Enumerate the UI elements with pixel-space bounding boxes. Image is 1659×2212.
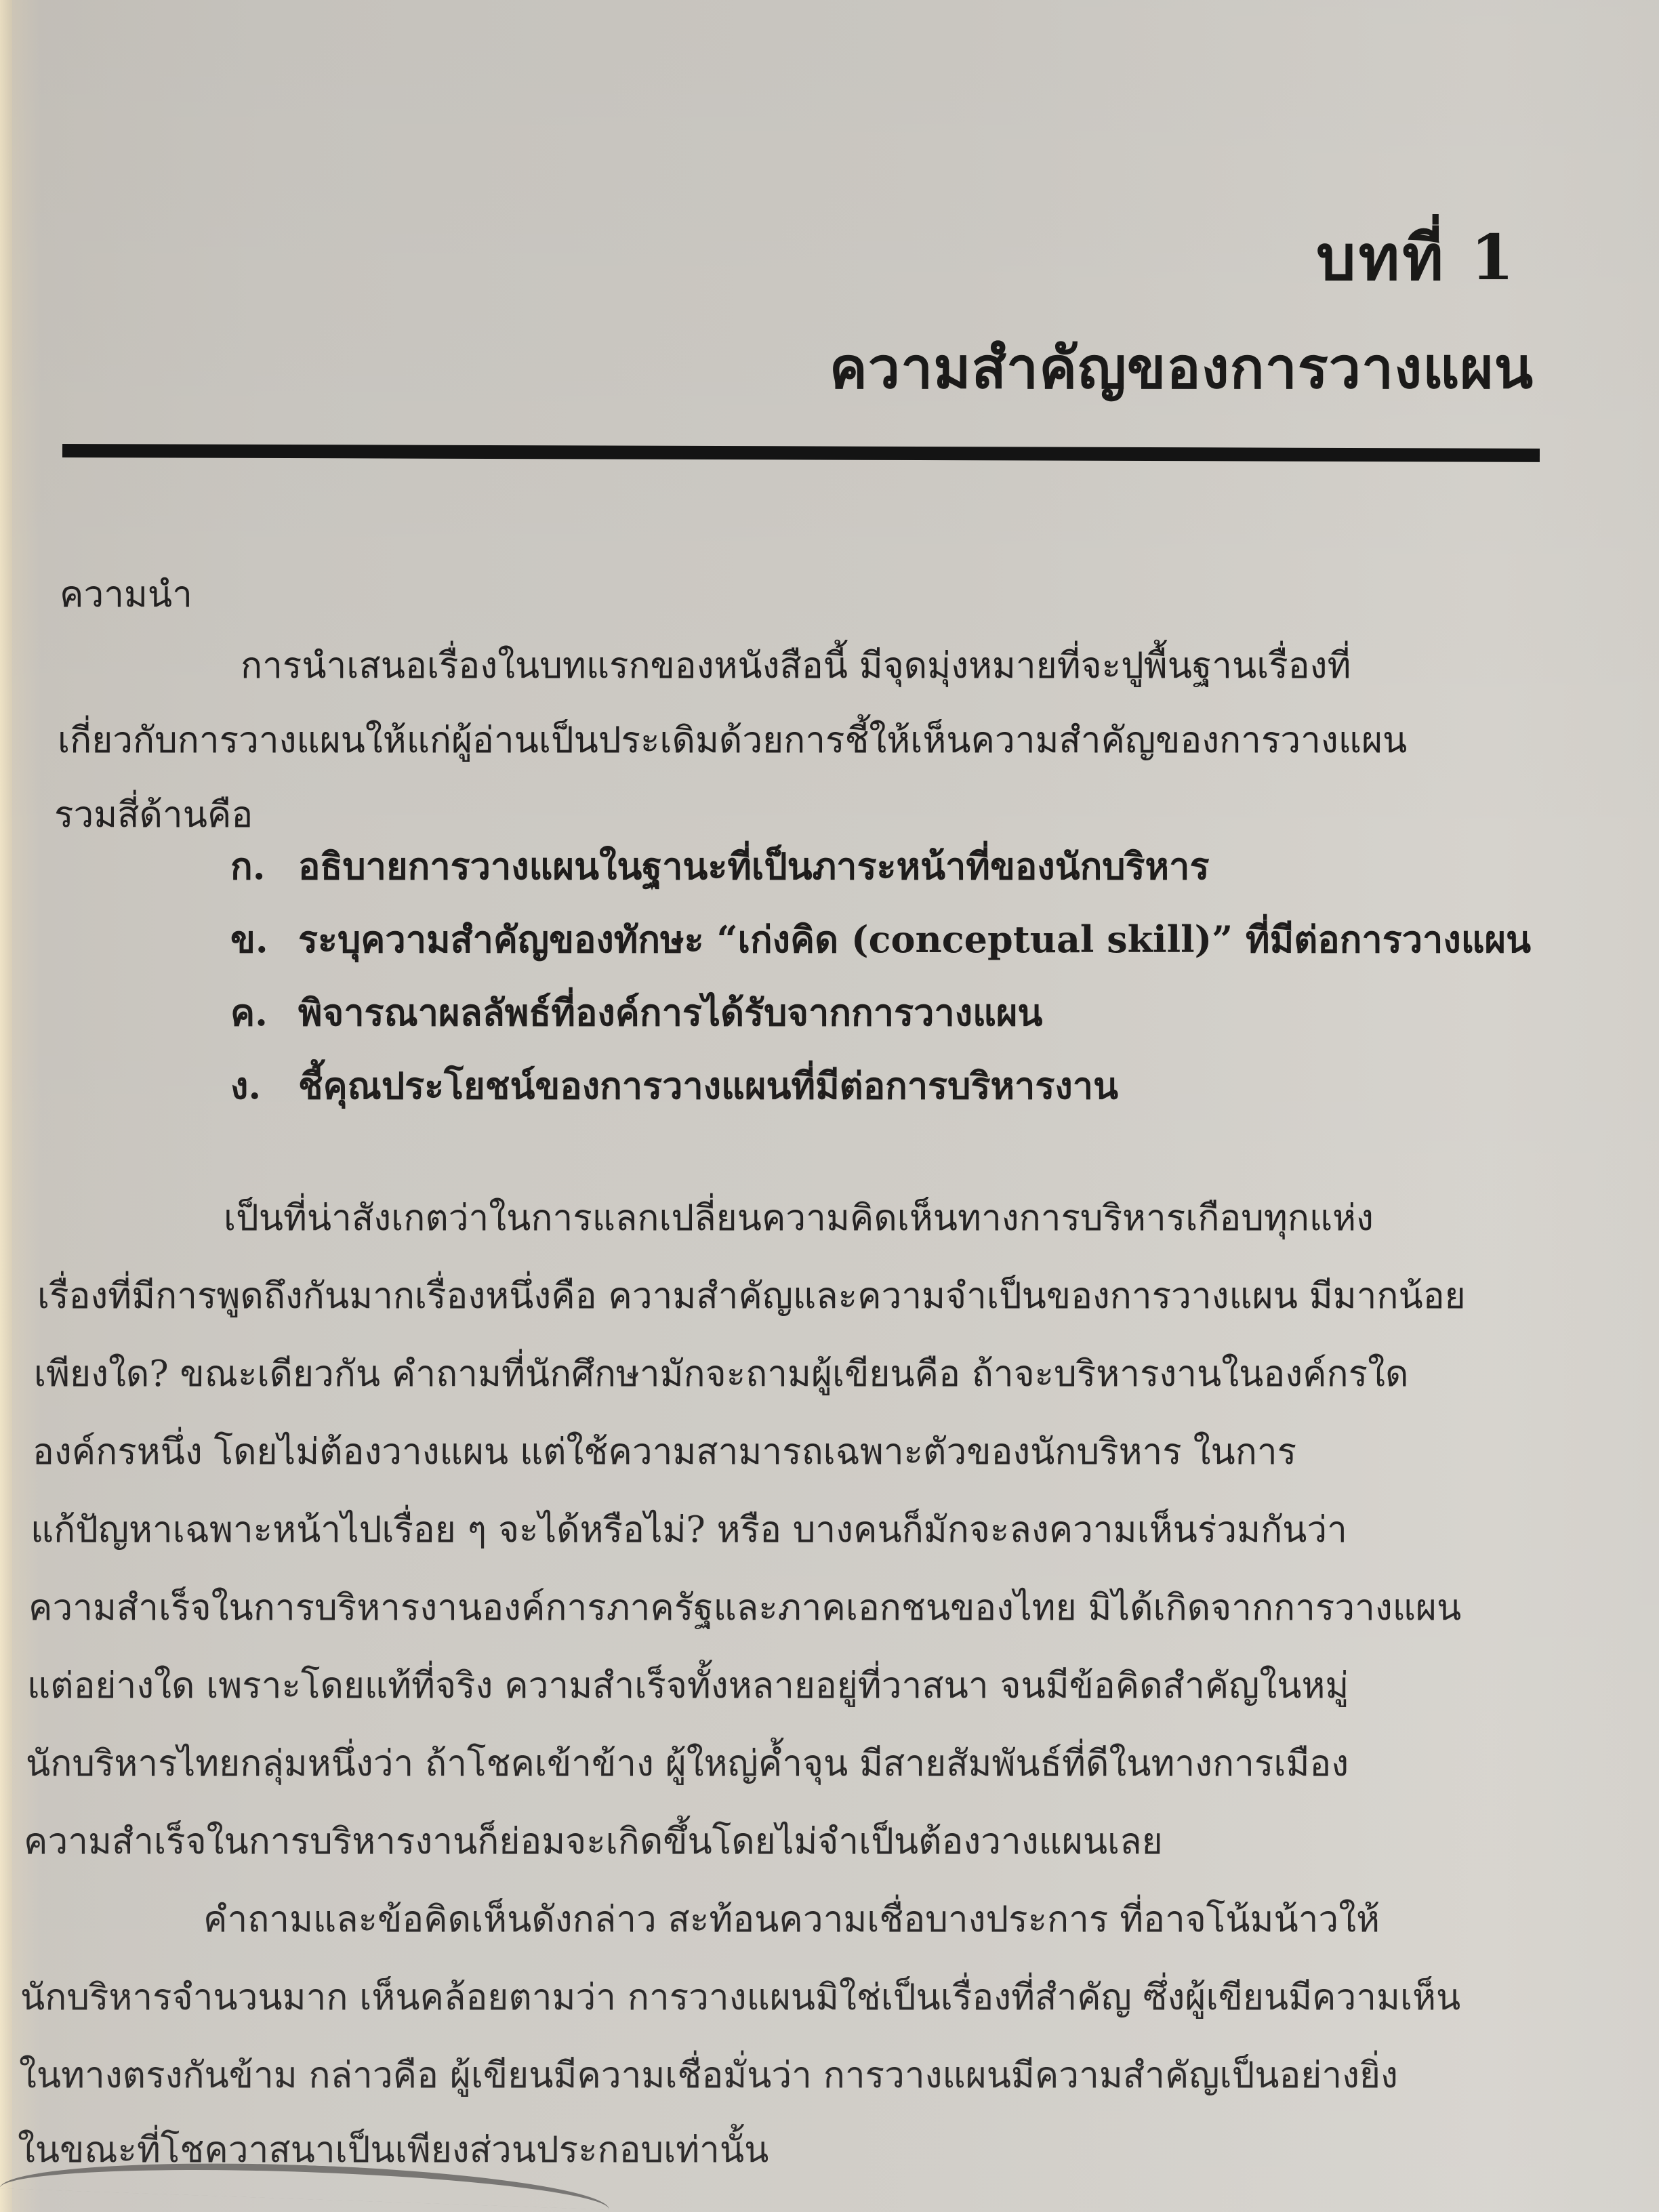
list-item: ก. อธิบายการวางแผนในฐานะที่เป็นภาระหน้าท… — [230, 837, 1531, 910]
paragraph-line: การนำเสนอเรื่องในบทแรกของหนังสือนี้ มีจุ… — [241, 637, 1351, 694]
list-item-text: พิจารณาผลลัพธ์ที่องค์การได้รับจากการวางแ… — [298, 983, 1042, 1042]
page-edge — [0, 0, 12, 2212]
chapter-number: บทที่ 1 — [1316, 224, 1517, 292]
paragraph-line: คำถามและข้อคิดเห็นดังกล่าว สะท้อนความเชื… — [203, 1891, 1380, 1948]
list-item: ข. ระบุความสำคัญของทักษะ “เก่งคิด (conce… — [230, 910, 1531, 983]
list-item: ค. พิจารณาผลลัพธ์ที่องค์การได้รับจากการว… — [230, 983, 1531, 1057]
title-divider — [62, 444, 1540, 462]
paragraph-line: เรื่องที่มีการพูดถึงกันมากเรื่องหนึ่งคือ… — [37, 1267, 1466, 1324]
paragraph-line: ในทางตรงกันข้าม กล่าวคือ ผู้เขียนมีความเ… — [19, 2047, 1398, 2104]
chapter-title: ความสำคัญของการวางแผน — [829, 335, 1534, 401]
list-item: ง. ชี้คุณประโยชน์ของการวางแผนที่มีต่อการ… — [230, 1057, 1531, 1130]
paragraph-line: รวมสี่ด้านคือ — [54, 786, 253, 843]
paragraph-line: แต่อย่างใด เพราะโดยแท้ที่จริง ความสำเร็จ… — [27, 1657, 1349, 1714]
paragraph-line: ความสำเร็จในการบริหารงานก็ย่อมจะเกิดขึ้น… — [24, 1813, 1163, 1870]
paragraph-line: นักบริหารไทยกลุ่มหนึ่งว่า ถ้าโชคเข้าข้าง… — [26, 1735, 1349, 1792]
list-marker: ข. — [230, 910, 298, 968]
list-item-text: ระบุความสำคัญของทักษะ “เก่งคิด (conceptu… — [298, 910, 1531, 968]
list-marker: ค. — [230, 983, 298, 1042]
paragraph-line: แก้ปัญหาเฉพาะหน้าไปเรื่อย ๆ จะได้หรือไม่… — [30, 1501, 1347, 1558]
paragraph-line: เกี่ยวกับการวางแผนให้แก่ผู้อ่านเป็นประเด… — [58, 712, 1407, 769]
list-marker: ก. — [230, 837, 298, 895]
section-heading-intro: ความนำ — [60, 566, 192, 623]
book-page: บทที่ 1 ความสำคัญของการวางแผน ความนำ การ… — [0, 0, 1659, 2212]
objectives-list: ก. อธิบายการวางแผนในฐานะที่เป็นภาระหน้าท… — [230, 837, 1531, 1130]
paragraph-line: นักบริหารจำนวนมาก เห็นคล้อยตามว่า การวาง… — [20, 1969, 1460, 2026]
list-item-text: อธิบายการวางแผนในฐานะที่เป็นภาระหน้าที่ข… — [298, 837, 1209, 895]
paragraph-line: องค์กรหนึ่ง โดยไม่ต้องวางแผน แต่ใช้ความส… — [33, 1423, 1296, 1480]
list-item-text: ชี้คุณประโยชน์ของการวางแผนที่มีต่อการบริ… — [298, 1057, 1118, 1115]
paragraph-line: ความสำเร็จในการบริหารงานองค์การภาครัฐและ… — [28, 1579, 1461, 1636]
paragraph-line: เป็นที่น่าสังเกตว่าในการแลกเปลี่ยนความคิ… — [224, 1189, 1374, 1246]
list-marker: ง. — [230, 1057, 298, 1115]
paragraph-line: เพียงใด? ขณะเดียวกัน คำถามที่นักศึกษามัก… — [34, 1345, 1408, 1402]
